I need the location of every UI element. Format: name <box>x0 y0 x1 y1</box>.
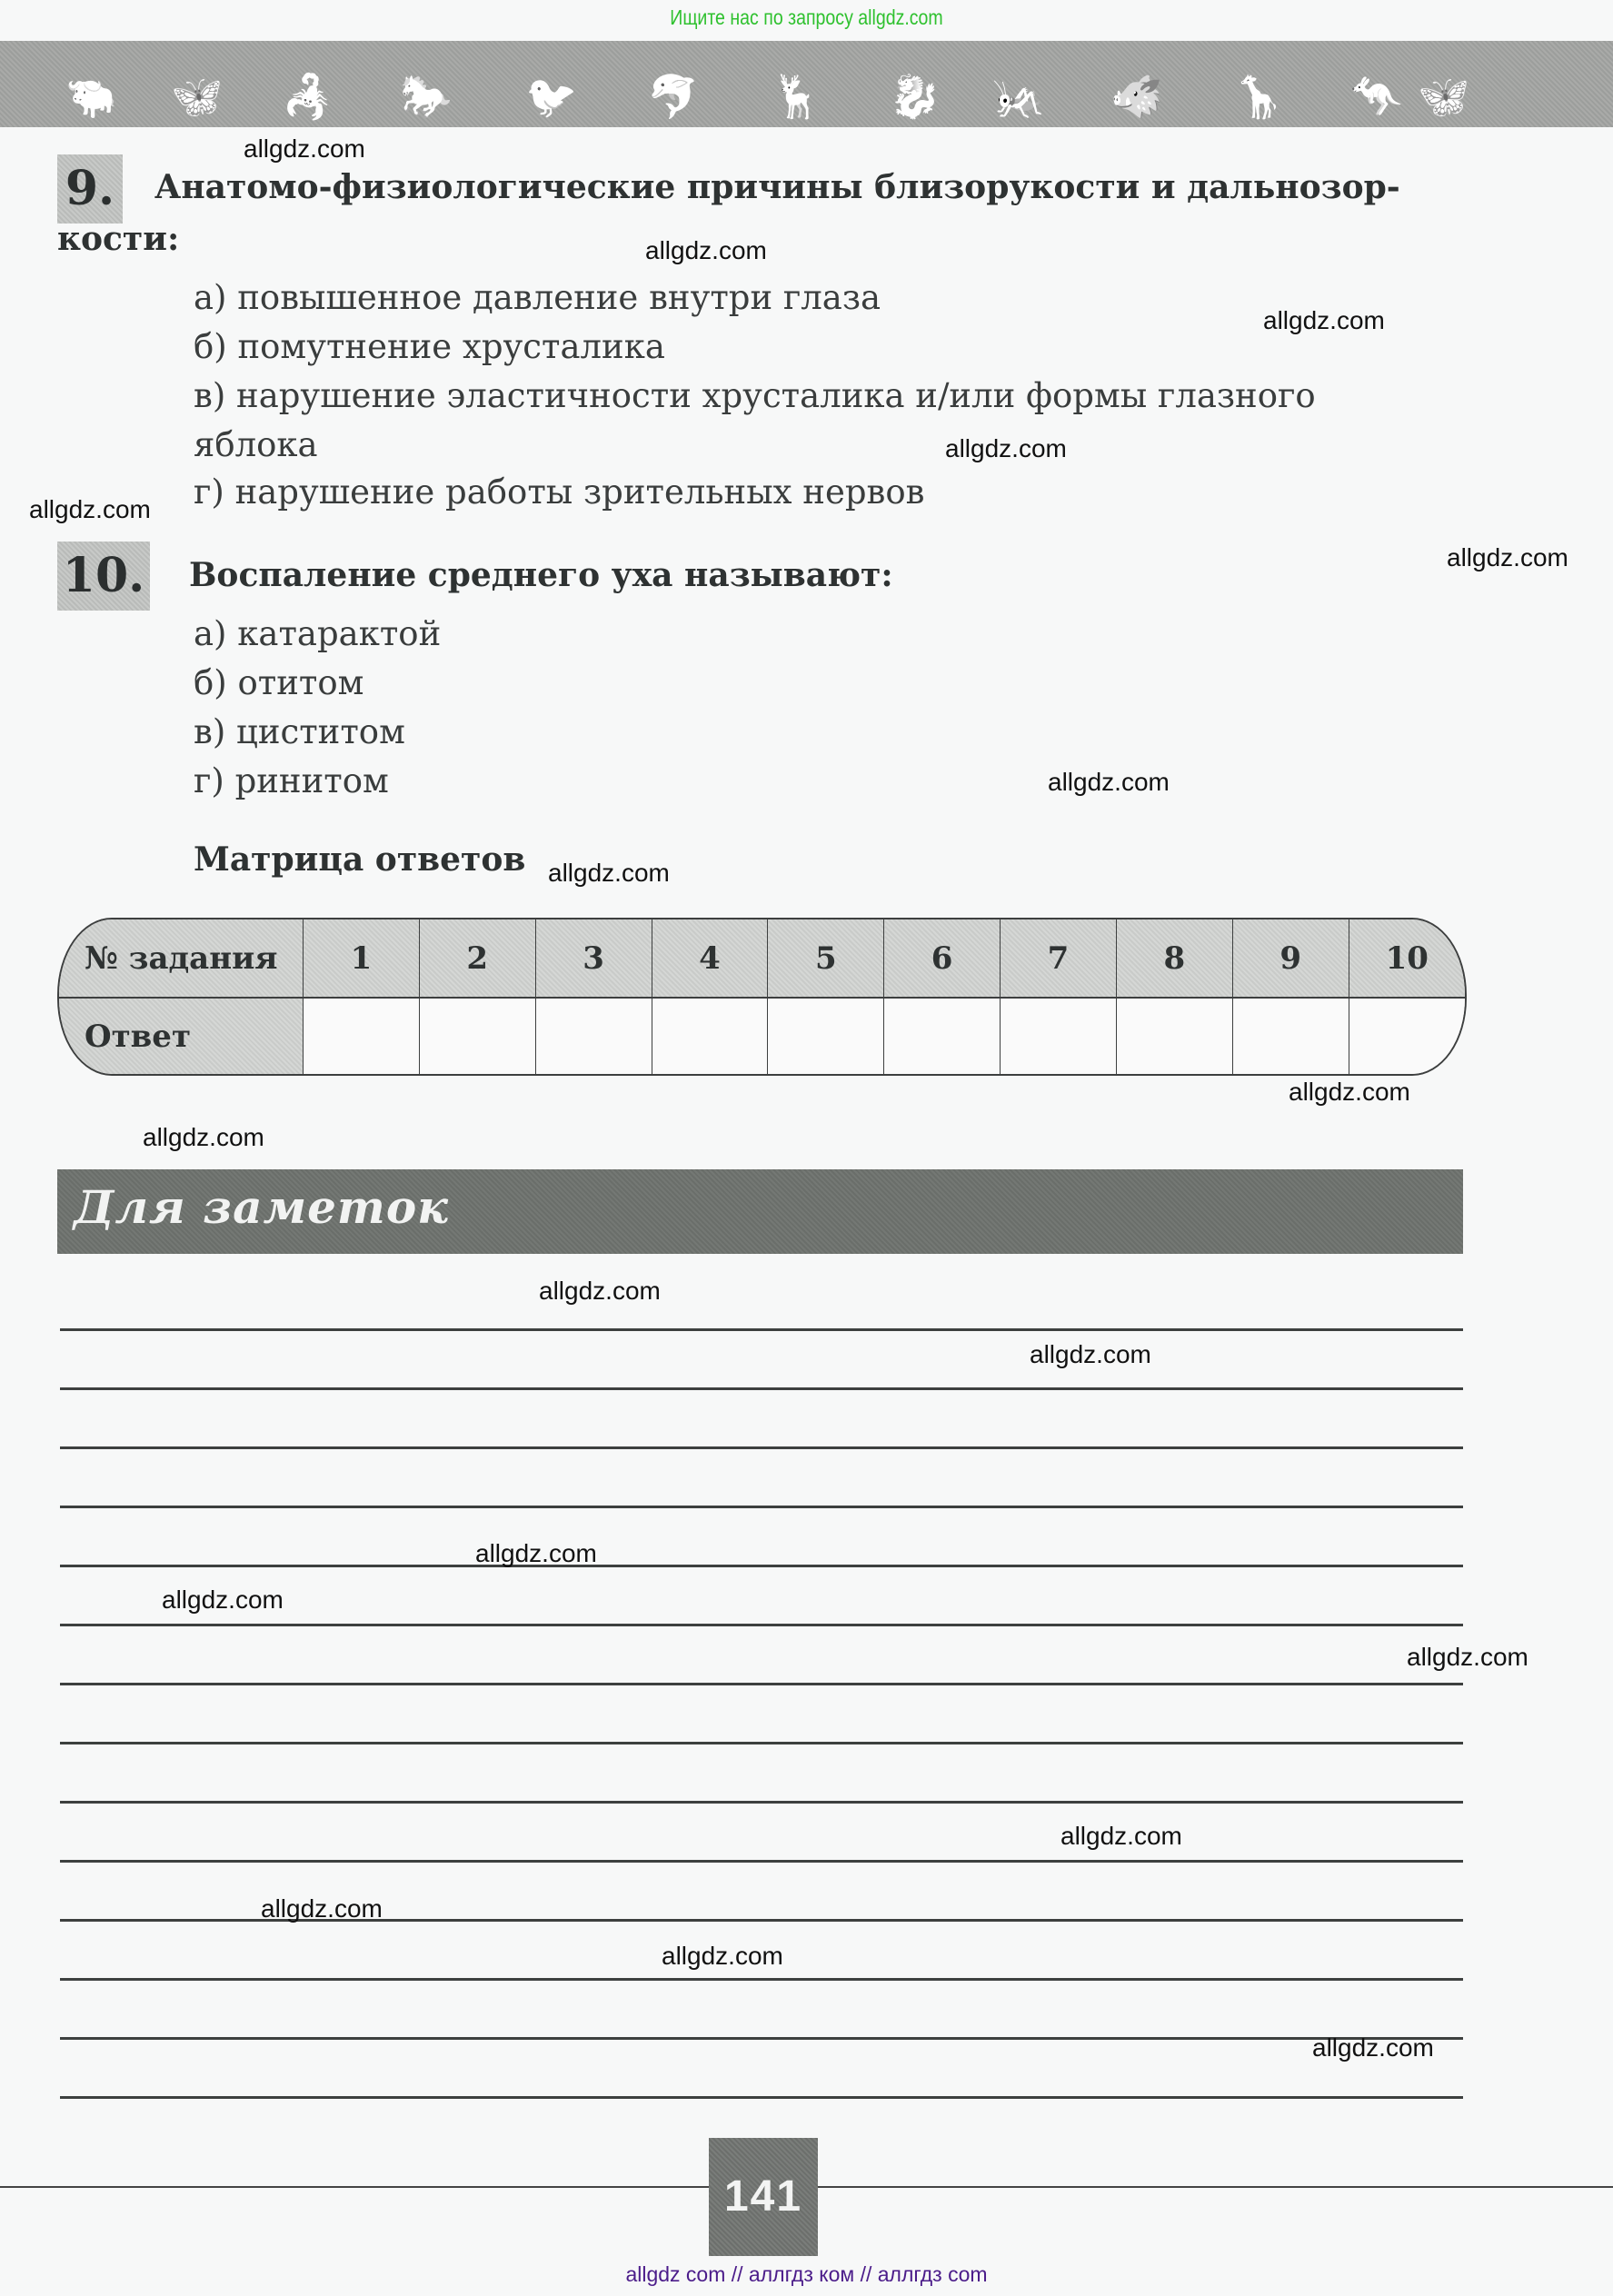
answer-cell[interactable] <box>1349 998 1465 1074</box>
seahorse-icon: 🐉 <box>889 73 936 120</box>
task-number-cell: 2 <box>419 919 535 998</box>
note-line <box>60 1565 1463 1567</box>
question-10-title: Воспаление среднего уха называют: <box>189 556 893 594</box>
dolphin-icon: 🐬 <box>647 73 694 120</box>
task-number-cell: 10 <box>1349 919 1465 998</box>
note-line <box>60 1801 1463 1804</box>
moth-icon: 🦋 <box>1418 73 1465 120</box>
insect-icon: 🦗 <box>992 73 1040 120</box>
watermark-text: allgdz.com <box>1060 1822 1182 1851</box>
answer-cell[interactable] <box>1232 998 1349 1074</box>
note-line <box>60 1506 1463 1508</box>
deer-icon: 🦌 <box>771 73 818 120</box>
butterfly-icon: 🦋 <box>171 73 218 120</box>
task-number-cell: 6 <box>884 919 1001 998</box>
answer-matrix-table: № задания 12345678910 Ответ <box>57 918 1467 1076</box>
answer-cell[interactable] <box>768 998 884 1074</box>
answer-header: Ответ <box>59 998 304 1074</box>
note-line <box>60 1624 1463 1626</box>
note-line <box>60 1328 1463 1331</box>
note-line <box>60 2096 1463 2099</box>
q9-option-d: г) нарушение работы зрительных нервов <box>194 472 924 512</box>
q10-option-d: г) ринитом <box>194 761 389 800</box>
watermark-text: allgdz.com <box>244 134 365 164</box>
bison-icon: 🐃 <box>65 73 113 120</box>
task-number-cell: 7 <box>1001 919 1117 998</box>
q9-option-a: а) повышенное давление внутри глаза <box>194 278 881 317</box>
watermark-text: allgdz.com <box>475 1539 597 1568</box>
task-number-header: № задания <box>59 919 304 998</box>
question-10-number: 10. <box>57 542 150 611</box>
answer-cell[interactable] <box>1001 998 1117 1074</box>
q10-option-a: а) катарактой <box>194 614 441 653</box>
watermark-text: allgdz.com <box>945 434 1067 463</box>
note-line <box>60 1683 1463 1685</box>
task-number-cell: 9 <box>1232 919 1349 998</box>
promo-banner-text[interactable]: Ищите нас по запросу allgdz.com <box>121 5 1492 30</box>
answer-cell[interactable] <box>652 998 768 1074</box>
note-line <box>60 1387 1463 1390</box>
task-number-cell: 1 <box>304 919 420 998</box>
watermark-text: allgdz.com <box>539 1277 661 1306</box>
watermark-text: allgdz.com <box>645 236 767 265</box>
answer-matrix-title: Матрица ответов <box>194 840 525 879</box>
question-9-title: Анатомо-физиологические причины близорук… <box>154 168 1400 206</box>
giraffe-icon: 🦒 <box>1232 73 1279 120</box>
watermark-text: allgdz.com <box>1447 543 1568 572</box>
watermark-text: allgdz.com <box>143 1123 264 1152</box>
kangaroo-icon: 🦘 <box>1350 73 1398 120</box>
watermark-text: allgdz.com <box>162 1585 284 1615</box>
page-number: 141 <box>709 2138 818 2256</box>
watermark-text: allgdz.com <box>1048 768 1170 797</box>
boar-icon: 🐗 <box>1110 73 1158 120</box>
q9-option-c-cont: яблока <box>194 425 318 464</box>
bird-icon: 🐦 <box>525 73 573 120</box>
watermark-text: allgdz.com <box>1030 1340 1151 1369</box>
watermark-text: allgdz.com <box>29 495 151 524</box>
q10-option-c: в) циститом <box>194 712 405 751</box>
note-line <box>60 1978 1463 1981</box>
animal-header-strip: 🐃🦋🦂🐎🐦🐬🦌🐉🦗🐗🦒🦘🦋 <box>0 41 1613 127</box>
q9-option-b: б) помутнение хрусталика <box>194 327 665 366</box>
task-number-cell: 8 <box>1116 919 1232 998</box>
watermark-text: allgdz.com <box>1312 2033 1434 2062</box>
note-line <box>60 1446 1463 1449</box>
note-line <box>60 1742 1463 1744</box>
footer-links[interactable]: allgdz com // аллгдз ком // аллгдз com <box>0 2262 1613 2287</box>
watermark-text: allgdz.com <box>261 1894 383 1923</box>
watermark-text: allgdz.com <box>1263 306 1385 335</box>
notes-title: Для заметок <box>74 1180 449 1234</box>
task-number-cell: 5 <box>768 919 884 998</box>
answer-cell[interactable] <box>884 998 1001 1074</box>
answer-cell[interactable] <box>535 998 652 1074</box>
watermark-text: allgdz.com <box>662 1942 783 1971</box>
note-line <box>60 2037 1463 2040</box>
question-9-number: 9. <box>57 154 123 224</box>
watermark-text: allgdz.com <box>1407 1643 1528 1672</box>
note-line <box>60 1860 1463 1863</box>
scorpion-icon: 🦂 <box>282 73 329 120</box>
task-number-cell: 3 <box>535 919 652 998</box>
question-9-title-cont: кости: <box>57 220 179 258</box>
notes-header: Для заметок <box>57 1169 1463 1254</box>
watermark-text: allgdz.com <box>1289 1078 1410 1107</box>
task-number-cell: 4 <box>652 919 768 998</box>
answer-row: Ответ <box>59 998 1465 1074</box>
answer-cell[interactable] <box>1116 998 1232 1074</box>
answer-cell[interactable] <box>304 998 420 1074</box>
watermark-text: allgdz.com <box>548 859 670 888</box>
q9-option-c: в) нарушение эластичности хрусталика и/и… <box>194 376 1316 415</box>
task-number-row: № задания 12345678910 <box>59 919 1465 998</box>
q10-option-b: б) отитом <box>194 663 363 702</box>
answer-cell[interactable] <box>419 998 535 1074</box>
horse-icon: 🐎 <box>400 73 447 120</box>
